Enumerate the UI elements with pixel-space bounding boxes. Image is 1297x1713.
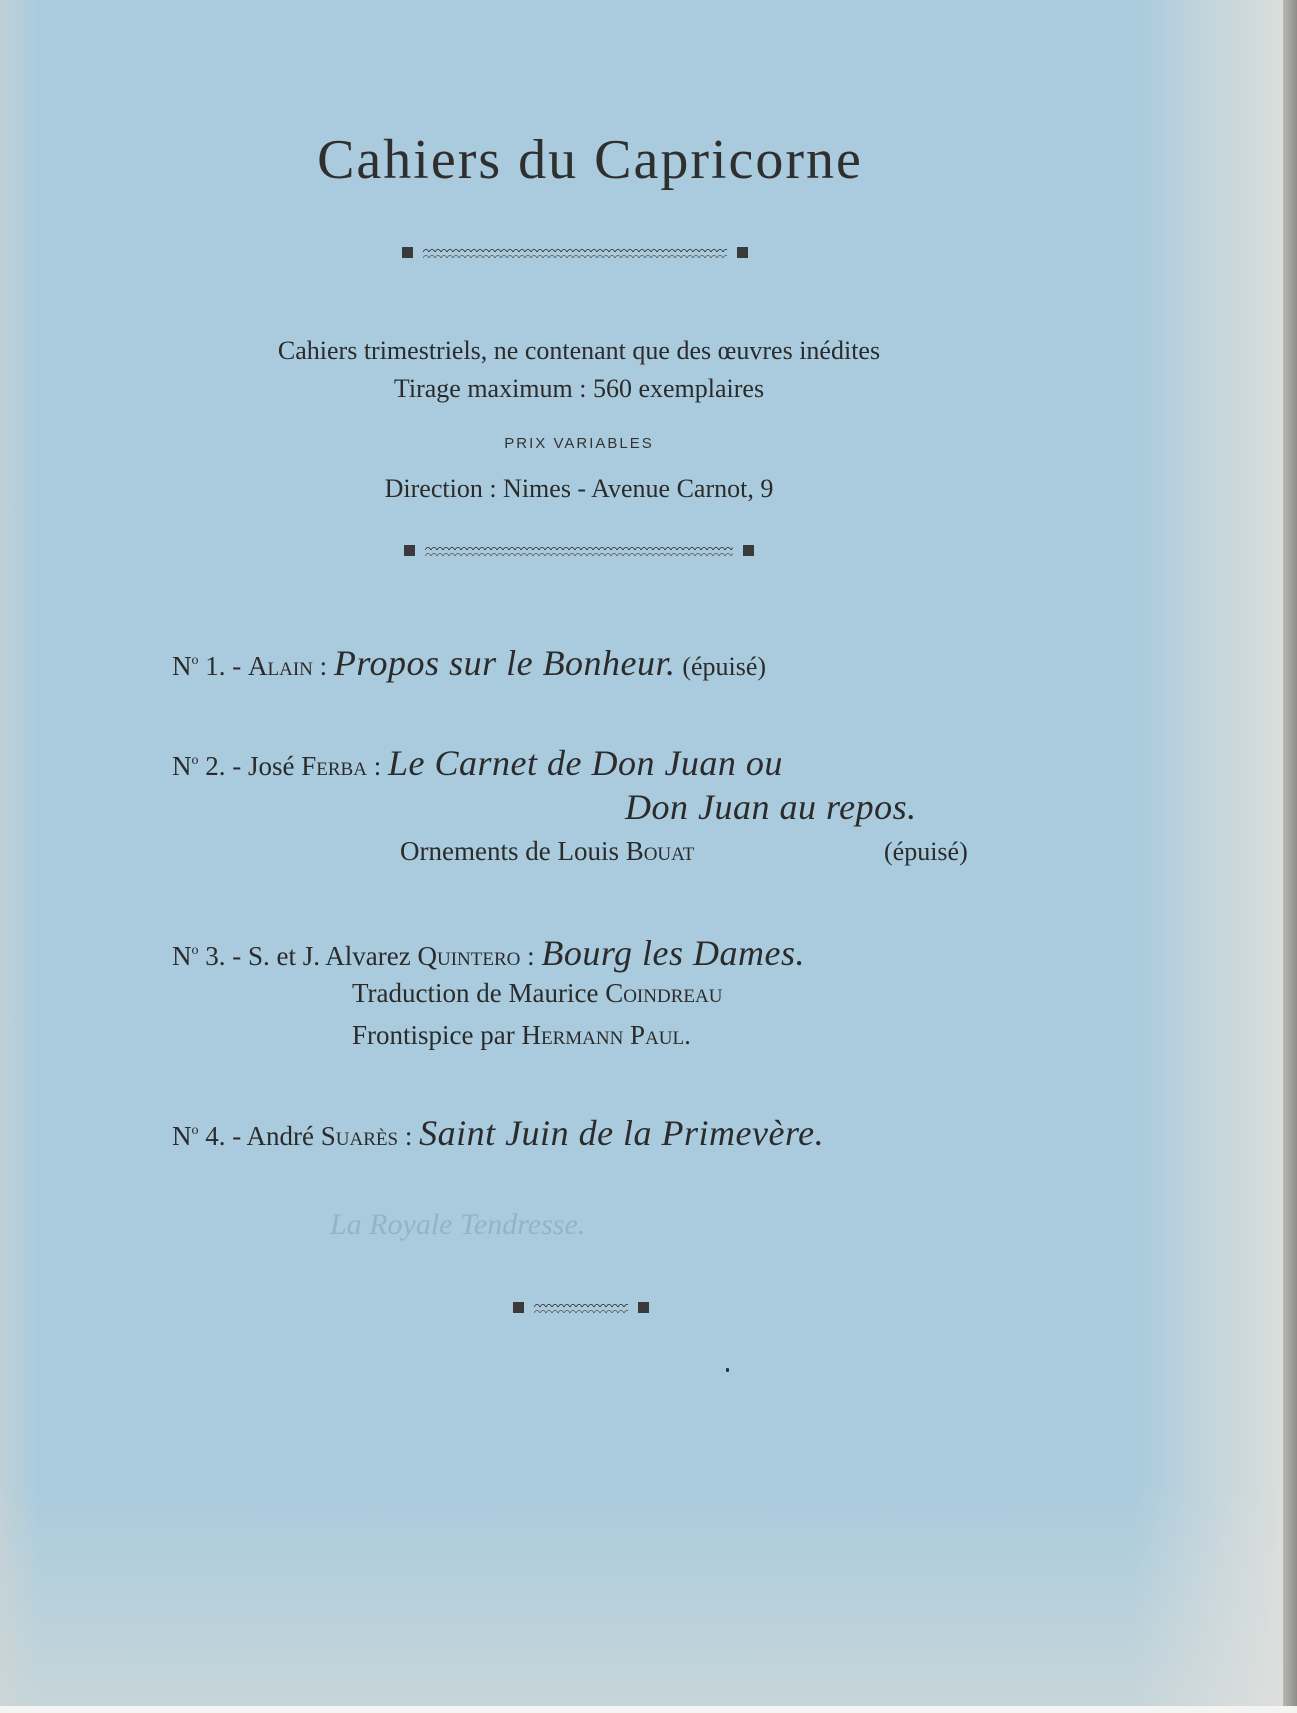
- entry-author-first: José: [248, 751, 301, 781]
- faded-entry-text: La Royale Tendresse.: [330, 1208, 585, 1242]
- catalog-entry-2-status: (épuisé): [884, 836, 968, 867]
- entry-number: No 2. -: [172, 751, 248, 781]
- ornament-square-icon: [404, 545, 415, 556]
- catalog-entry-1: No 1. - Alain : Propos sur le Bonheur. (…: [172, 642, 766, 684]
- page-edge-shadow: [1283, 0, 1297, 1713]
- catalog-entry-2-credit: Ornements de Louis Bouat: [400, 836, 694, 867]
- page-title: Cahiers du Capricorne: [0, 128, 1180, 192]
- price-line: PRIX VARIABLES: [0, 435, 1158, 452]
- address-line: Direction : Nimes - Avenue Carnot, 9: [0, 474, 1158, 504]
- ornament-square-icon: [402, 247, 413, 258]
- entry-title: Saint Juin de la Primevère.: [419, 1113, 824, 1153]
- page-bottom-edge: [0, 1706, 1297, 1713]
- entry-number: No 4. -: [172, 1121, 247, 1151]
- catalog-entry-2: No 2. - José Ferba : Le Carnet de Don Ju…: [172, 742, 783, 784]
- entry-author-first: André: [247, 1121, 321, 1151]
- entry-author: Alain: [248, 651, 313, 681]
- entry-title: Bourg les Dames.: [541, 933, 805, 973]
- ornament-square-icon: [513, 1302, 524, 1313]
- ornament-divider-top: [402, 242, 748, 262]
- catalog-entry-3-credit-2: Frontispice par Hermann Paul.: [352, 1020, 691, 1051]
- entry-status: (épuisé): [884, 837, 968, 866]
- ornament-wave-icon: [534, 1301, 628, 1313]
- entry-title: Propos sur le Bonheur.: [334, 643, 676, 683]
- ink-speck: [726, 1368, 729, 1372]
- ornament-square-icon: [737, 247, 748, 258]
- entry-number: No 1. -: [172, 651, 248, 681]
- entry-number: No 3. -: [172, 941, 248, 971]
- ornament-square-icon: [638, 1302, 649, 1313]
- print-run-line: Tirage maximum : 560 exemplaires: [0, 374, 1158, 404]
- catalog-entry-2-title-cont: Don Juan au repos.: [625, 786, 917, 828]
- catalog-entry-3: No 3. - S. et J. Alvarez Quintero : Bour…: [172, 932, 805, 974]
- entry-title: Le Carnet de Don Juan ou: [388, 743, 783, 783]
- catalog-entry-3-credit-1: Traduction de Maurice Coindreau: [352, 978, 722, 1009]
- description-line: Cahiers trimestriels, ne contenant que d…: [0, 336, 1158, 366]
- ornament-wave-icon: [425, 544, 733, 556]
- entry-author-first: S. et J. Alvarez: [248, 941, 417, 971]
- entry-author: Quintero: [417, 941, 520, 971]
- entry-author: Suarès: [321, 1121, 398, 1151]
- ornament-wave-icon: [423, 246, 727, 258]
- entry-title-line2: Don Juan au repos.: [625, 787, 917, 827]
- ornament-divider-middle: [404, 540, 754, 560]
- entry-author: Ferba: [301, 751, 367, 781]
- ornament-divider-bottom: [513, 1297, 649, 1317]
- catalog-entry-4: No 4. - André Suarès : Saint Juin de la …: [172, 1112, 824, 1154]
- entry-status: (épuisé): [682, 652, 766, 681]
- ornament-square-icon: [743, 545, 754, 556]
